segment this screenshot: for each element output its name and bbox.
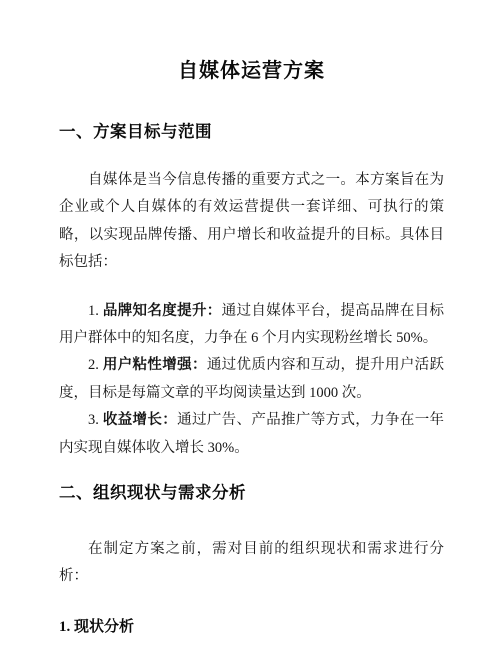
item-term: 品牌知名度提升 xyxy=(103,303,207,319)
item-number: 3. xyxy=(88,412,103,428)
item-separator: ： xyxy=(192,357,207,373)
subsection-heading-status-analysis: 1. 现状分析 xyxy=(59,617,444,637)
item-separator: ： xyxy=(162,412,177,428)
item-number: 1. xyxy=(88,303,103,319)
list-item-user-stickiness: 2. 用户粘性增强：通过优质内容和互动，提升用户活跃度，目标是每篇文章的平均阅读… xyxy=(59,352,444,407)
document-page: 自媒体运营方案 一、方案目标与范围 自媒体是当今信息传播的重要方式之一。本方案旨… xyxy=(0,0,500,647)
document-title: 自媒体运营方案 xyxy=(59,60,444,82)
section-1-intro-paragraph: 自媒体是当今信息传播的重要方式之一。本方案旨在为企业或个人自媒体的有效运营提供一… xyxy=(59,167,444,277)
section-2-heading: 二、组织现状与需求分析 xyxy=(59,482,444,504)
section-1-heading: 一、方案目标与范围 xyxy=(59,121,444,143)
goal-list: 1. 品牌知名度提升：通过自媒体平台，提高品牌在目标用户群体中的知名度，力争在 … xyxy=(59,298,444,462)
item-term: 收益增长 xyxy=(103,412,162,428)
item-number: 2. xyxy=(88,357,103,373)
item-separator: ： xyxy=(207,303,222,319)
list-item-brand-awareness: 1. 品牌知名度提升：通过自媒体平台，提高品牌在目标用户群体中的知名度，力争在 … xyxy=(59,298,444,353)
list-item-revenue-growth: 3. 收益增长：通过广告、产品推广等方式，力争在一年内实现自媒体收入增长 30%… xyxy=(59,407,444,462)
section-2-intro-paragraph: 在制定方案之前，需对目前的组织现状和需求进行分析： xyxy=(59,536,444,591)
item-term: 用户粘性增强 xyxy=(103,357,192,373)
